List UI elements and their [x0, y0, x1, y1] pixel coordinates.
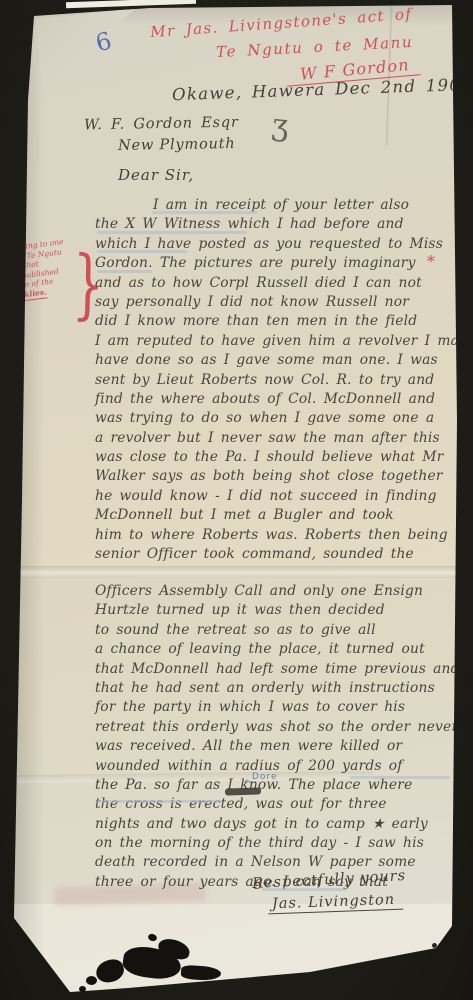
recipient-name: W. F. Gordon Esqr	[84, 115, 239, 134]
letter-line: was close to the Pa. I should believe wh…	[95, 449, 460, 468]
letter-line: sent by Lieut Roberts now Col. R. to try…	[95, 372, 460, 391]
letter-line: did I know more than ten men in the fiel…	[95, 313, 460, 332]
blue-pencil-number: 6	[93, 27, 115, 58]
scanned-letter-page: Mr Jas. Livingstone's act of Te Ngutu o …	[0, 0, 473, 1000]
letter-line: say personally I did not know Russell no…	[95, 294, 460, 313]
letter-line: nights and two days got in to camp ★ ear…	[95, 816, 460, 835]
letter-line: I am in receipt of your letter also	[95, 197, 460, 216]
letter-line: senior Officer took command, sounded the	[95, 546, 460, 565]
paper-tone-band-bottom	[14, 904, 459, 994]
letter-line: to sound the retreat so as to give all	[95, 622, 460, 641]
blue-underline-mark	[152, 211, 257, 214]
letter-line: a chance of leaving the place, it turned…	[95, 641, 460, 660]
recipient-flourish-mark: ʒ	[270, 107, 291, 144]
blue-underline-mark	[97, 800, 222, 803]
letter-line: find the where abouts of Col. McDonnell …	[95, 391, 460, 410]
letter-line: Officers Assembly Call and only one Ensi…	[95, 583, 460, 602]
letter-line: retreat this orderly was shot so the ord…	[95, 719, 460, 738]
letter-line: Hurtzle turned up it was then decided	[95, 602, 460, 621]
ink-blot	[79, 986, 86, 992]
letter-line: for the party in which I was to cover hi…	[95, 699, 460, 718]
letter-body-paragraph-2: Officers Assembly Call and only one Ensi…	[95, 583, 460, 893]
blue-underline-mark	[350, 776, 450, 779]
letter-line: on the morning of the third day - I saw …	[95, 835, 460, 854]
salutation: Dear Sir,	[118, 166, 194, 184]
letter-line: was received. All the men were killed or	[95, 738, 460, 757]
paper-edge-sliver	[66, 0, 196, 8]
letter-line: McDonnell but I met a Bugler and took	[95, 507, 460, 526]
letter-line: that McDonnell had left some time previo…	[95, 661, 460, 680]
letter-line: wounded within a radius of 200 yards of	[95, 758, 460, 777]
letter-line: he would know - I did not succeed in fin…	[95, 488, 460, 507]
letter-line: was trying to do so when I gave some one…	[95, 410, 460, 429]
letter-line: I am reputed to have given him a revolve…	[95, 333, 460, 352]
recipient-city: New Plymouth	[118, 136, 236, 154]
crossed-out-word	[225, 787, 261, 795]
blue-underline-mark	[97, 250, 187, 253]
red-margin-note: Referring to one of the Te Ngutu fight t…	[1, 236, 80, 303]
letter-line: the Pa. so far as I know. The place wher…	[95, 777, 460, 796]
blue-underline-mark	[97, 270, 152, 273]
letter-line: him to where Roberts was. Roberts then b…	[95, 527, 460, 546]
ink-blot	[86, 976, 97, 985]
blue-underline-mark	[262, 888, 347, 891]
ink-speck	[432, 943, 437, 948]
letter-line: that he had sent an orderly with instruc…	[95, 680, 460, 699]
letter-line: have done so as I gave some man one. I w…	[95, 352, 460, 371]
letter-dateline: Okawe, Hawera Dec 2nd 1906	[172, 75, 473, 104]
letter-line: and as to how Corpl Russell died I can n…	[95, 275, 460, 294]
letter-line: a revolver but I never saw the man after…	[95, 430, 460, 449]
blue-underline-mark	[97, 231, 247, 234]
letter-line: Walker says as both being shot close tog…	[95, 468, 460, 487]
horizontal-fold-seam	[18, 566, 459, 578]
letter-paper: Mr Jas. Livingstone's act of Te Ngutu o …	[0, 0, 473, 1000]
